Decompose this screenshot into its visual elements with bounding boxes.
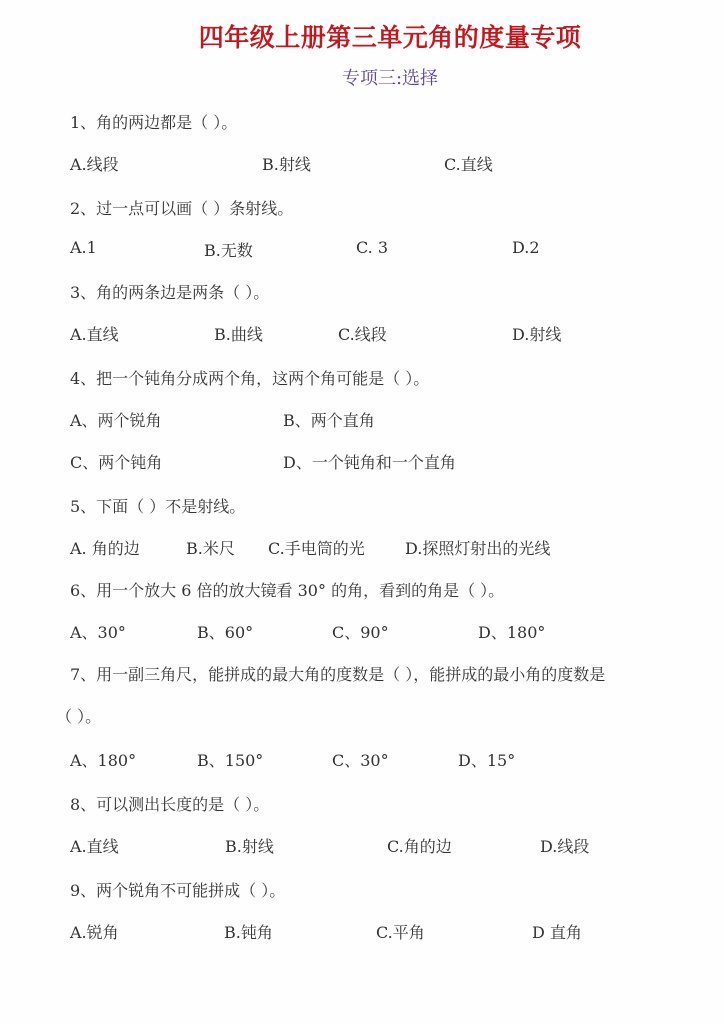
question-1: 1、角的两边都是（ ）。 [70, 110, 237, 133]
q6-option-d: D、180° [478, 620, 545, 643]
q2-option-a: A.1 [70, 238, 97, 257]
q1-option-b: B.射线 [262, 152, 311, 175]
q2-option-d: D.2 [512, 238, 540, 257]
page-title: 四年级上册第三单元角的度量专项 [0, 18, 724, 54]
q3-option-d: D.射线 [512, 322, 561, 345]
q5-option-d: D.探照灯射出的光线 [405, 536, 550, 559]
q8-option-d: D.线段 [540, 834, 589, 857]
q4-option-b: B、两个直角 [283, 408, 375, 431]
question-6: 6、用一个放大 6 倍的放大镜看 30° 的角，看到的角是（ ）。 [70, 578, 504, 601]
question-4: 4、把一个钝角分成两个角，这两个角可能是（ ）。 [70, 366, 429, 389]
q5-option-a: A. 角的边 [70, 536, 140, 559]
question-7: 7、用一副三角尺，能拼成的最大角的度数是（ ），能拼成的最小角的度数是 [70, 662, 605, 685]
q8-option-b: B.射线 [225, 834, 274, 857]
q1-option-c: C.直线 [444, 152, 493, 175]
q6-option-c: C、90° [332, 620, 389, 643]
q2-option-b: B.无数 [204, 238, 253, 261]
q1-option-a: A.线段 [70, 152, 119, 175]
q6-option-a: A、30° [70, 620, 126, 643]
q9-option-b: B.钝角 [224, 920, 273, 943]
q4-option-a: A、两个锐角 [70, 408, 162, 431]
q9-option-d: D 直角 [532, 920, 582, 943]
q5-option-c: C.手电筒的光 [268, 536, 365, 559]
question-7-continued: （ ）。 [56, 704, 101, 727]
q3-option-c: C.线段 [338, 322, 387, 345]
q3-option-a: A.直线 [70, 322, 119, 345]
q6-option-b: B、60° [197, 620, 253, 643]
q7-option-b: B、150° [197, 748, 263, 771]
q7-option-d: D、15° [458, 748, 515, 771]
q5-option-b: B.米尺 [186, 536, 235, 559]
question-8: 8、可以测出长度的是（ ）。 [70, 792, 269, 815]
q7-option-c: C、30° [332, 748, 389, 771]
question-9: 9、两个锐角不可能拼成（ ）。 [70, 878, 285, 901]
q9-option-c: C.平角 [376, 920, 425, 943]
q4-option-c: C、两个钝角 [70, 450, 162, 473]
question-3: 3、角的两条边是两条（ ）。 [70, 280, 269, 303]
q7-option-a: A、180° [70, 748, 136, 771]
q4-option-d: D、一个钝角和一个直角 [283, 450, 456, 473]
q2-option-c: C. 3 [356, 238, 388, 257]
question-2: 2、过一点可以画（ ）条射线。 [70, 196, 293, 219]
section-subtitle: 专项三:选择 [0, 64, 724, 90]
q3-option-b: B.曲线 [214, 322, 263, 345]
question-5: 5、下面（ ）不是射线。 [70, 494, 245, 517]
q8-option-c: C.角的边 [387, 834, 452, 857]
q8-option-a: A.直线 [70, 834, 119, 857]
q9-option-a: A.锐角 [70, 920, 119, 943]
